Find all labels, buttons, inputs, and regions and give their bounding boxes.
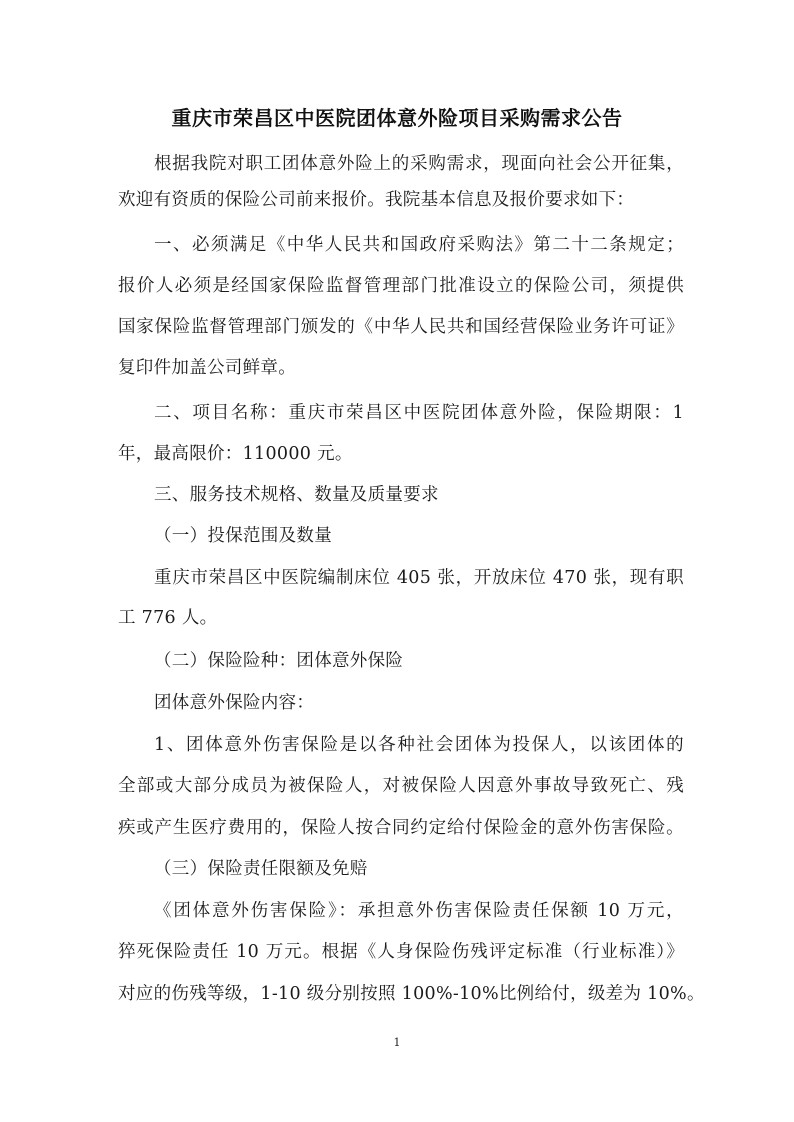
section-1-line-3: 国家保险监督管理部门颁发的《中华人民共和国经营保险业务许可证》	[118, 313, 684, 341]
paragraph-intro-line-2: 欢迎有资质的保险公司前来报价。我院基本信息及报价要求如下：	[118, 186, 684, 214]
insurance-content-label: 团体意外保险内容：	[154, 689, 684, 717]
subsection-3-line-1: 《团体意外伤害保险》：承担意外伤害保险责任保额 10 万元，	[154, 897, 684, 925]
document-title: 重庆市荣昌区中医院团体意外险项目采购需求公告	[0, 102, 794, 134]
section-1-line-1: 一、必须满足《中华人民共和国政府采购法》第二十二条规定；	[154, 231, 684, 259]
subsection-3-line-3: 对应的伤残等级，1-10 级分别按照 100%-10%比例给付，级差为 10%。	[118, 980, 684, 1008]
subsection-2-heading: （二）保险险种：团体意外保险	[154, 647, 684, 675]
insurance-content-line-2: 全部或大部分成员为被保险人，对被保险人因意外事故导致死亡、残	[118, 772, 684, 800]
section-1-line-4: 复印件加盖公司鲜章。	[118, 354, 684, 382]
paragraph-intro-line-1: 根据我院对职工团体意外险上的采购需求，现面向社会公开征集，	[154, 150, 684, 178]
subsection-1-line-2: 工 776 人。	[118, 604, 684, 632]
subsection-3-heading: （三）保险责任限额及免赔	[154, 855, 684, 883]
page-number: 1	[0, 1036, 794, 1049]
subsection-1-heading: （一）投保范围及数量	[154, 522, 684, 550]
section-2-line-1: 二、项目名称：重庆市荣昌区中医院团体意外险，保险期限：1	[154, 399, 684, 427]
section-3-heading: 三、服务技术规格、数量及质量要求	[154, 481, 684, 509]
subsection-1-line-1: 重庆市荣昌区中医院编制床位 405 张，开放床位 470 张，现有职	[154, 564, 684, 592]
document-page: 重庆市荣昌区中医院团体意外险项目采购需求公告 根据我院对职工团体意外险上的采购需…	[0, 0, 794, 1122]
section-2-line-2: 年，最高限价：110000 元。	[118, 440, 684, 468]
insurance-content-line-1: 1、团体意外伤害保险是以各种社会团体为投保人，以该团体的	[154, 731, 684, 759]
subsection-3-line-2: 猝死保险责任 10 万元。根据《人身保险伤残评定标准（行业标准）》	[118, 938, 684, 966]
section-1-line-2: 报价人必须是经国家保险监督管理部门批准设立的保险公司，须提供	[118, 272, 684, 300]
insurance-content-line-3: 疾或产生医疗费用的，保险人按合同约定给付保险金的意外伤害保险。	[118, 814, 684, 842]
